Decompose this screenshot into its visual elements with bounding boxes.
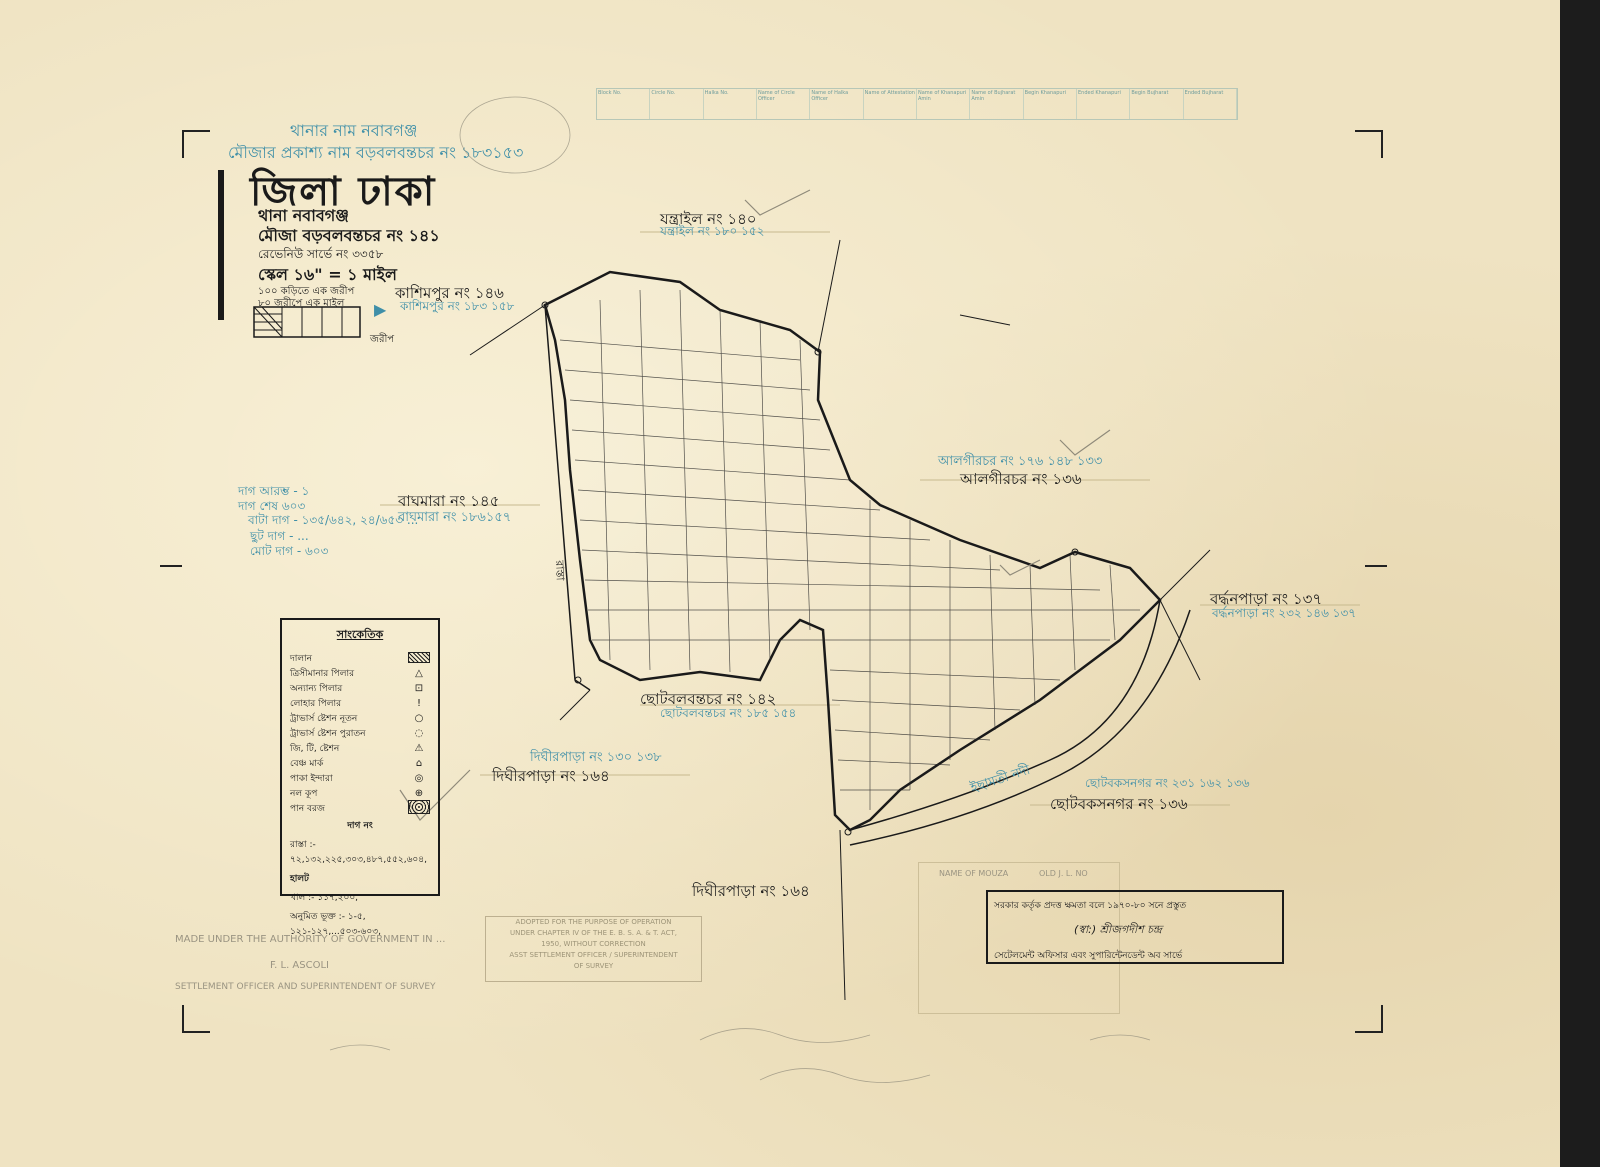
map-sheet: Block No. Circle No. Halka No. Name of C… xyxy=(0,0,1565,1167)
scan-edge xyxy=(1560,0,1600,1167)
pencil-annotations xyxy=(0,0,1565,1167)
